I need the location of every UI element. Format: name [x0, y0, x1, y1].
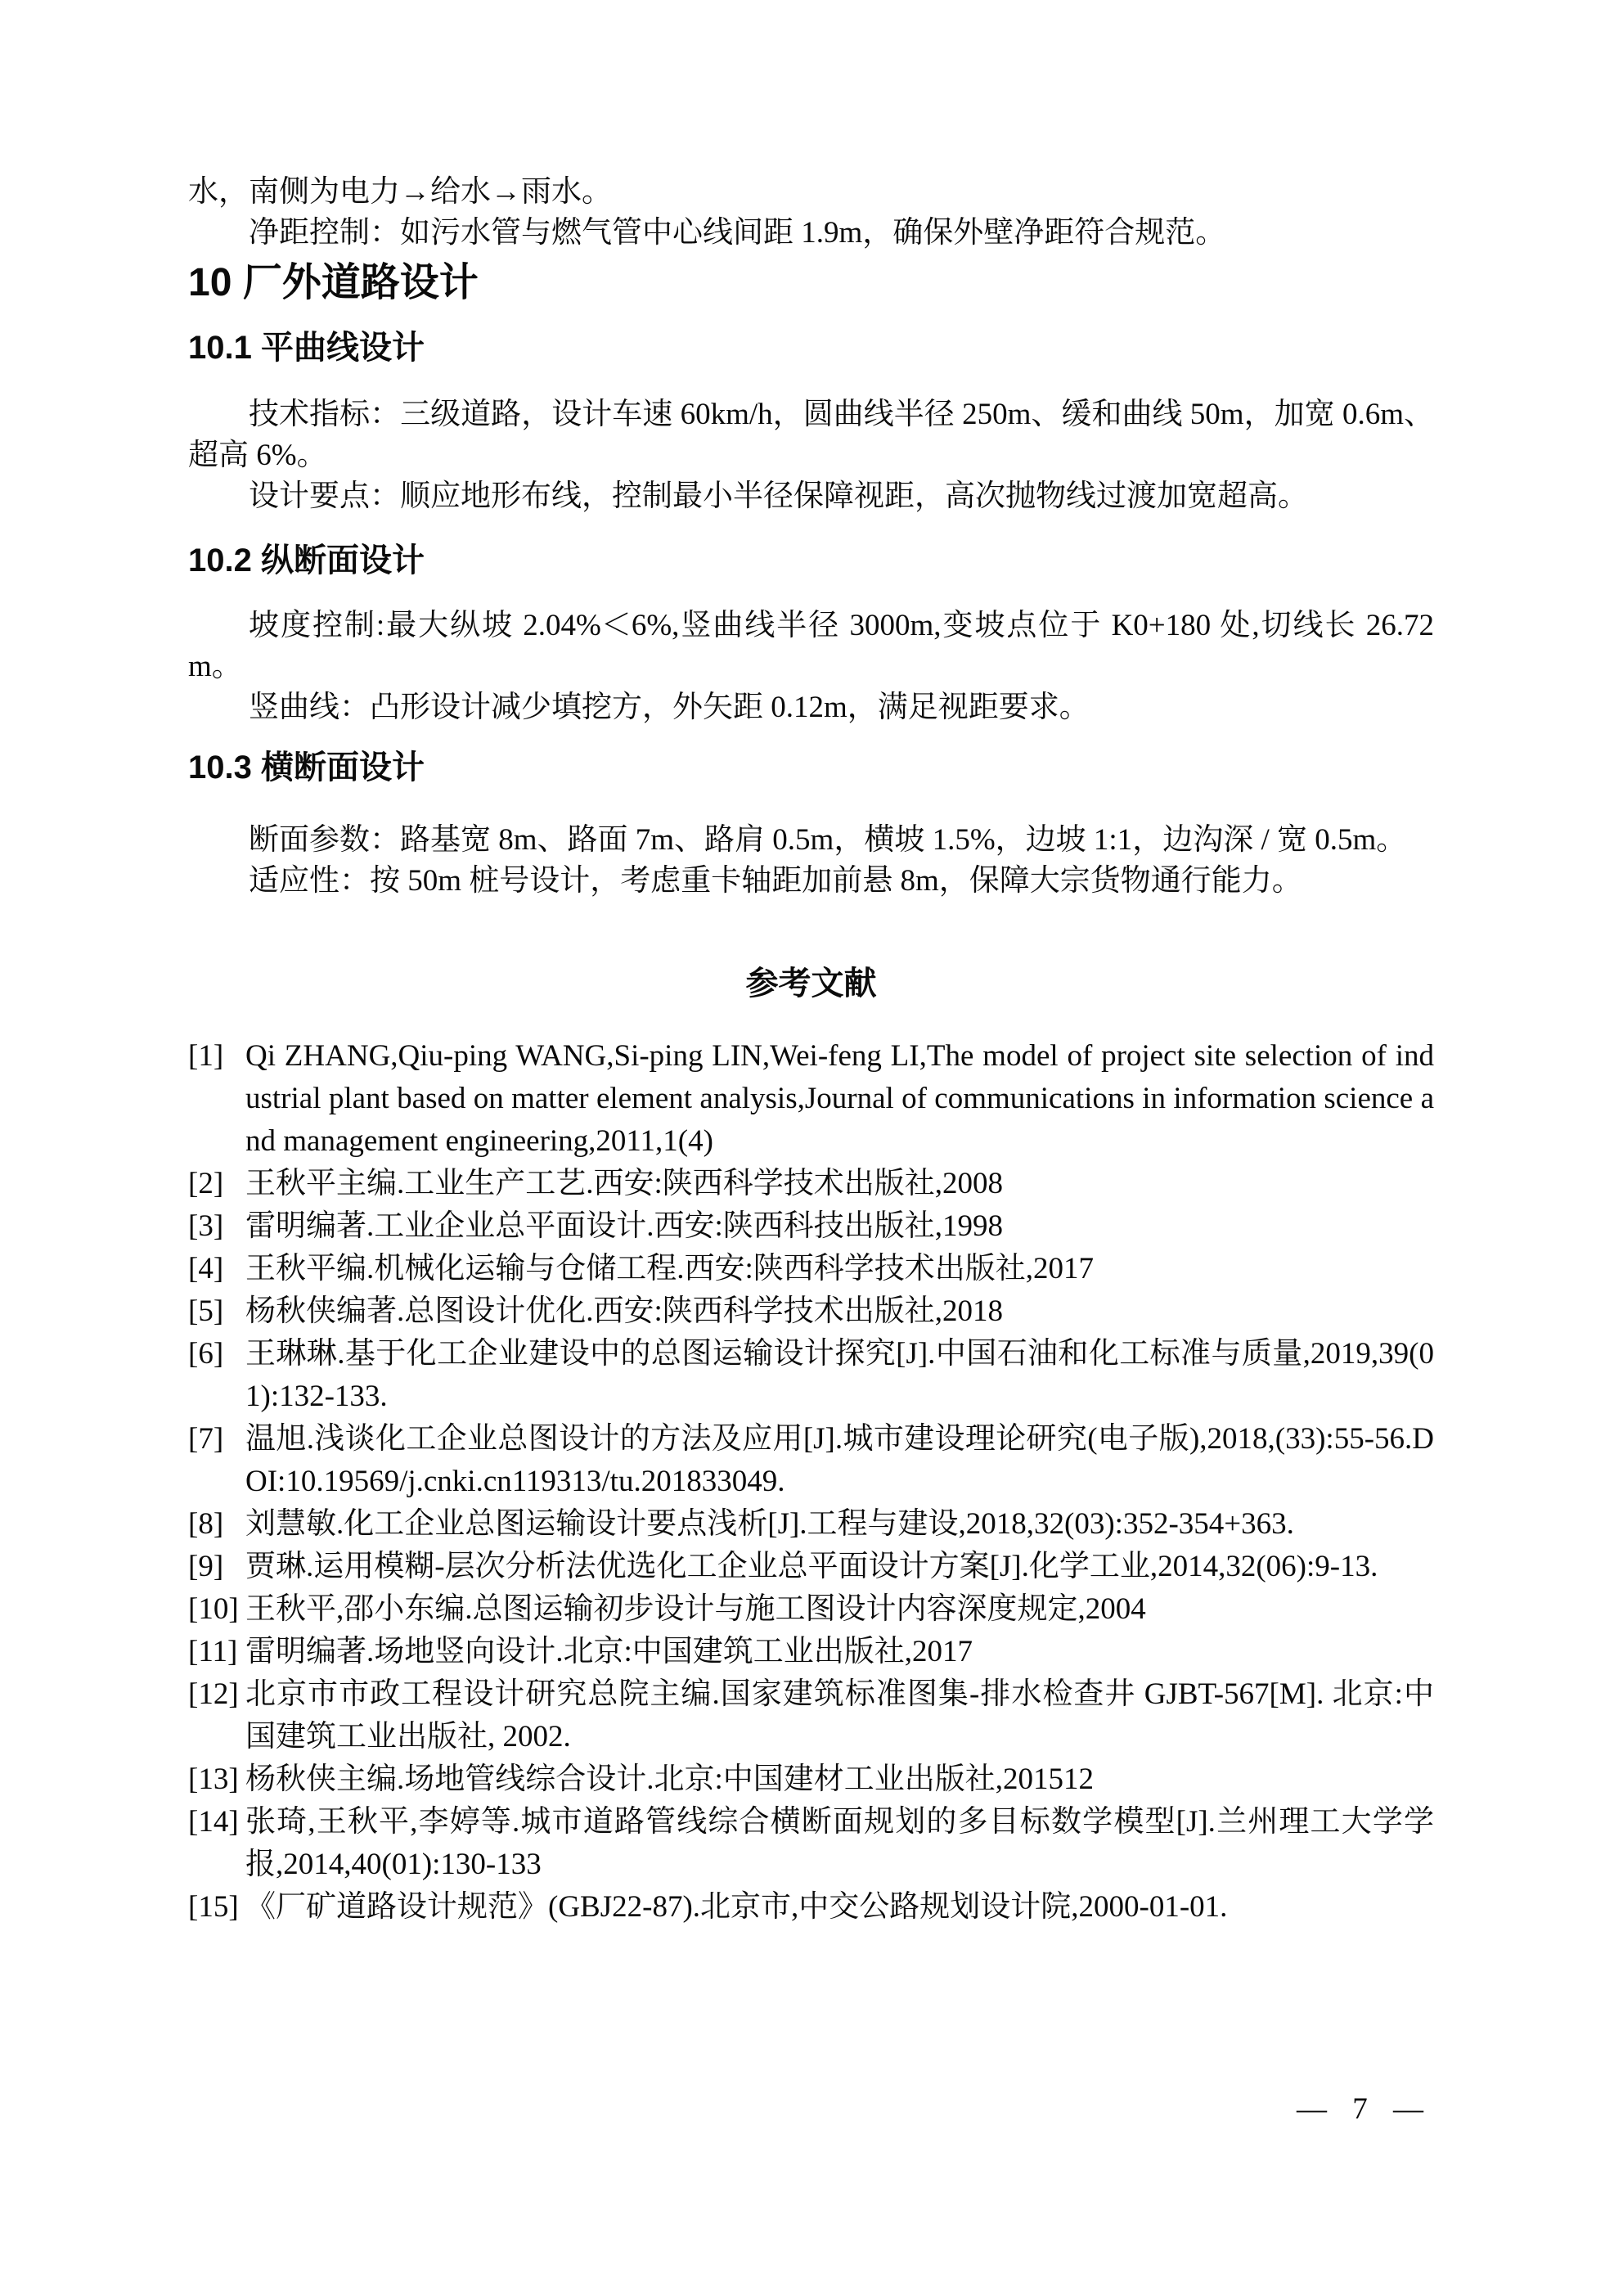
- reference-text: 雷明编著.场地竖向设计.北京:中国建筑工业出版社,2017: [245, 1635, 973, 1668]
- page-content: 水，南侧为电力→给水→雨水。 净距控制：如污水管与燃气管中心线间距 1.9m，确…: [188, 172, 1434, 1929]
- reference-marker: [9]: [188, 1546, 245, 1588]
- reference-item-4: [4]王秋平编.机械化运输与仓储工程.西安:陕西科学技术出版社,2017: [188, 1248, 1434, 1290]
- reference-marker: [1]: [188, 1035, 245, 1078]
- reference-item-1: [1]Qi ZHANG,Qiu-ping WANG,Si-ping LIN,We…: [188, 1035, 1434, 1163]
- paragraph-design-points: 设计要点：顺应地形布线，控制最小半径保障视距，高次抛物线过渡加宽超高。: [188, 476, 1434, 517]
- document-page: 水，南侧为电力→给水→雨水。 净距控制：如污水管与燃气管中心线间距 1.9m，确…: [0, 0, 1623, 2296]
- references-heading: 参考文献: [188, 963, 1434, 1004]
- reference-marker: [10]: [188, 1588, 245, 1631]
- paragraph-technical-indicators: 技术指标：三级道路，设计车速 60km/h，圆曲线半径 250m、缓和曲线 50…: [188, 394, 1434, 476]
- reference-item-14: [14]张琦,王秋平,李婷等.城市道路管线综合横断面规划的多目标数学模型[J].…: [188, 1801, 1434, 1886]
- references-list: [1]Qi ZHANG,Qiu-ping WANG,Si-ping LIN,We…: [188, 1035, 1434, 1929]
- paragraph-slope-control: 坡度控制:最大纵坡 2.04%＜6%,竖曲线半径 3000m,变坡点位于 K0+…: [188, 606, 1434, 687]
- paragraph-vertical-curve: 竖曲线：凸形设计减少填挖方，外矢距 0.12m，满足视距要求。: [188, 687, 1434, 728]
- reference-text: 雷明编著.工业企业总平面设计.西安:陕西科技出版社,1998: [245, 1209, 1003, 1243]
- reference-marker: [12]: [188, 1673, 245, 1716]
- reference-text: 王琳琳.基于化工企业建设中的总图运输设计探究[J].中国石油和化工标准与质量,2…: [245, 1337, 1434, 1413]
- reference-item-15: [15]《厂矿道路设计规范》(GBJ22-87).北京市,中交公路规划设计院,2…: [188, 1886, 1434, 1929]
- reference-marker: [6]: [188, 1333, 245, 1375]
- heading-section-10-1: 10.1 平曲线设计: [188, 327, 1434, 368]
- heading-section-10-3: 10.3 横断面设计: [188, 747, 1434, 788]
- reference-text: 杨秋侠编著.总图设计优化.西安:陕西科学技术出版社,2018: [245, 1294, 1003, 1328]
- paragraph-cross-section-params: 断面参数：路基宽 8m、路面 7m、路肩 0.5m，横坡 1.5%，边坡 1:1…: [188, 820, 1434, 861]
- reference-text: 王秋平编.机械化运输与仓储工程.西安:陕西科学技术出版社,2017: [245, 1252, 1094, 1285]
- reference-item-7: [7]温旭.浅谈化工企业总图设计的方法及应用[J].城市建设理论研究(电子版),…: [188, 1418, 1434, 1503]
- reference-marker: [7]: [188, 1418, 245, 1461]
- paragraph-clearance-control: 净距控制：如污水管与燃气管中心线间距 1.9m，确保外壁净距符合规范。: [188, 213, 1434, 254]
- reference-marker: [3]: [188, 1205, 245, 1248]
- reference-text: 刘慧敏.化工企业总图运输设计要点浅析[J].工程与建设,2018,32(03):…: [245, 1507, 1294, 1541]
- reference-item-5: [5]杨秋侠编著.总图设计优化.西安:陕西科学技术出版社,2018: [188, 1290, 1434, 1333]
- reference-text: 王秋平主编.工业生产工艺.西安:陕西科学技术出版社,2008: [245, 1167, 1003, 1200]
- reference-marker: [5]: [188, 1290, 245, 1333]
- reference-marker: [11]: [188, 1631, 245, 1673]
- reference-item-2: [2]王秋平主编.工业生产工艺.西安:陕西科学技术出版社,2008: [188, 1163, 1434, 1205]
- reference-item-3: [3]雷明编著.工业企业总平面设计.西安:陕西科技出版社,1998: [188, 1205, 1434, 1248]
- heading-section-10: 10 厂外道路设计: [188, 260, 1434, 306]
- page-number: — 7 —: [1297, 2089, 1423, 2130]
- reference-text: 贾琳.运用模糊-层次分析法优选化工企业总平面设计方案[J].化学工业,2014,…: [245, 1550, 1378, 1583]
- reference-text: Qi ZHANG,Qiu-ping WANG,Si-ping LIN,Wei-f…: [245, 1039, 1434, 1158]
- reference-marker: [14]: [188, 1801, 245, 1844]
- reference-item-9: [9]贾琳.运用模糊-层次分析法优选化工企业总平面设计方案[J].化学工业,20…: [188, 1546, 1434, 1588]
- paragraph-pipeline-order-overflow: 水，南侧为电力→给水→雨水。: [188, 172, 1434, 213]
- reference-item-13: [13]杨秋侠主编.场地管线综合设计.北京:中国建材工业出版社,201512: [188, 1758, 1434, 1801]
- reference-text: 杨秋侠主编.场地管线综合设计.北京:中国建材工业出版社,201512: [245, 1763, 1094, 1796]
- reference-text: 温旭.浅谈化工企业总图设计的方法及应用[J].城市建设理论研究(电子版),201…: [245, 1422, 1434, 1498]
- reference-text: 王秋平,邵小东编.总图运输初步设计与施工图设计内容深度规定,2004: [245, 1592, 1146, 1626]
- reference-item-12: [12]北京市市政工程设计研究总院主编.国家建筑标准图集-排水检查井 GJBT-…: [188, 1673, 1434, 1758]
- reference-item-6: [6]王琳琳.基于化工企业建设中的总图运输设计探究[J].中国石油和化工标准与质…: [188, 1333, 1434, 1418]
- paragraph-adaptability: 适应性：按 50m 桩号设计，考虑重卡轴距加前悬 8m，保障大宗货物通行能力。: [188, 861, 1434, 902]
- heading-section-10-2: 10.2 纵断面设计: [188, 540, 1434, 581]
- reference-marker: [13]: [188, 1758, 245, 1801]
- reference-text: 张琦,王秋平,李婷等.城市道路管线综合横断面规划的多目标数学模型[J].兰州理工…: [245, 1805, 1434, 1881]
- reference-item-10: [10]王秋平,邵小东编.总图运输初步设计与施工图设计内容深度规定,2004: [188, 1588, 1434, 1631]
- reference-item-11: [11]雷明编著.场地竖向设计.北京:中国建筑工业出版社,2017: [188, 1631, 1434, 1673]
- reference-marker: [2]: [188, 1163, 245, 1205]
- reference-marker: [15]: [188, 1886, 245, 1929]
- reference-text: 北京市市政工程设计研究总院主编.国家建筑标准图集-排水检查井 GJBT-567[…: [245, 1677, 1434, 1754]
- reference-marker: [4]: [188, 1248, 245, 1290]
- reference-text: 《厂矿道路设计规范》(GBJ22-87).北京市,中交公路规划设计院,2000-…: [245, 1890, 1227, 1924]
- reference-item-8: [8]刘慧敏.化工企业总图运输设计要点浅析[J].工程与建设,2018,32(0…: [188, 1503, 1434, 1546]
- reference-marker: [8]: [188, 1503, 245, 1546]
